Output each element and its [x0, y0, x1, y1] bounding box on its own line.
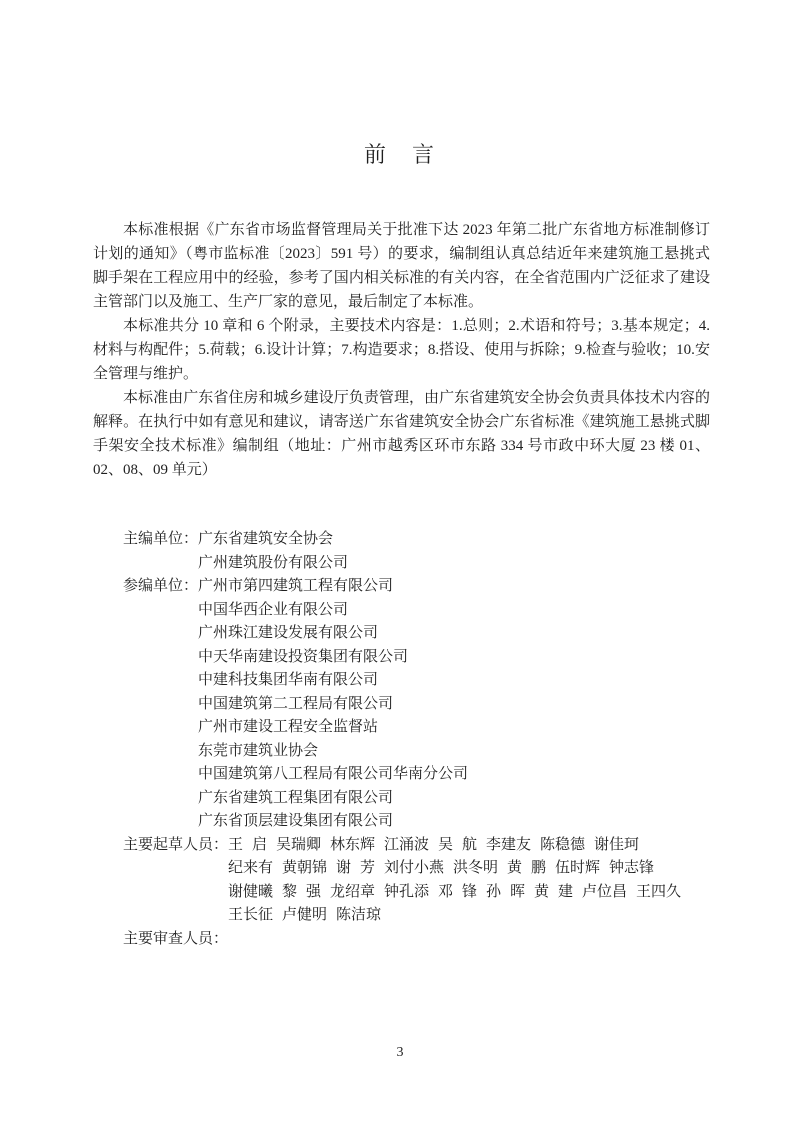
- drafter-name-line: 王 启 吴瑞卿 林东辉 江涌波 吴 航 李建友 陈稳德 谢佳珂: [228, 834, 710, 858]
- drafter-names: 王 启 吴瑞卿 林东辉 江涌波 吴 航 李建友 陈稳德 谢佳珂 纪来有 黄朝锦 …: [228, 834, 710, 928]
- drafter-name-line: 纪来有 黄朝锦 谢 芳 刘付小燕 洪冬明 黄 鹏 伍时辉 钟志锋: [228, 857, 710, 881]
- credit-label: 主编单位：: [123, 528, 198, 552]
- credit-value: 中国建筑第二工程局有限公司: [198, 693, 710, 717]
- paragraph-standard-basis: 本标准根据《广东省市场监督管理局关于批准下达 2023 年第二批广东省地方标准制…: [93, 218, 710, 314]
- paragraph-management-contact: 本标准由广东省住房和城乡建设厅负责管理，由广东省建筑安全协会负责具体技术内容的解…: [93, 386, 710, 482]
- credit-value: 中国华西企业有限公司: [198, 599, 710, 623]
- credit-value: 广州市建设工程安全监督站: [198, 716, 710, 740]
- credit-label: 主要审查人员：: [123, 928, 228, 952]
- credits-block: 主编单位： 广东省建筑安全协会 广州建筑股份有限公司 参编单位： 广州市第四建筑…: [123, 528, 710, 951]
- credit-label: 主要起草人员：: [123, 834, 228, 858]
- credit-row-drafters: 主要起草人员： 王 启 吴瑞卿 林东辉 江涌波 吴 航 李建友 陈稳德 谢佳珂 …: [123, 834, 710, 928]
- credit-value: 广州建筑股份有限公司: [198, 552, 710, 576]
- credit-row: 中国华西企业有限公司: [123, 599, 710, 623]
- credit-row: 中天华南建设投资集团有限公司: [123, 646, 710, 670]
- page-title: 前 言: [0, 0, 800, 170]
- credit-value: 广东省建筑工程集团有限公司: [198, 787, 710, 811]
- credit-row: 广州珠江建设发展有限公司: [123, 622, 710, 646]
- credit-row: 中国建筑第八工程局有限公司华南分公司: [123, 763, 710, 787]
- credit-row: 广东省顶层建设集团有限公司: [123, 810, 710, 834]
- credit-row: 广州建筑股份有限公司: [123, 552, 710, 576]
- credit-value: 广州市第四建筑工程有限公司: [198, 575, 710, 599]
- paragraph-contents-overview: 本标准共分 10 章和 6 个附录，主要技术内容是：1.总则；2.术语和符号；3…: [93, 314, 710, 386]
- credit-row-reviewers: 主要审查人员：: [123, 928, 710, 952]
- credit-label: 参编单位：: [123, 575, 198, 599]
- page-number: 3: [0, 1044, 800, 1062]
- credit-value: 中建科技集团华南有限公司: [198, 669, 710, 693]
- credit-value: 广东省建筑安全协会: [198, 528, 710, 552]
- drafter-name-line: 王长征 卢健明 陈洁琼: [228, 904, 710, 928]
- credit-row-chief-editor: 主编单位： 广东省建筑安全协会: [123, 528, 710, 552]
- credit-value: 中国建筑第八工程局有限公司华南分公司: [198, 763, 710, 787]
- credit-row: 广州市建设工程安全监督站: [123, 716, 710, 740]
- credit-value: 广东省顶层建设集团有限公司: [198, 810, 710, 834]
- credit-value: 东莞市建筑业协会: [198, 740, 710, 764]
- body-text: 本标准根据《广东省市场监督管理局关于批准下达 2023 年第二批广东省地方标准制…: [93, 218, 710, 482]
- credit-row: 东莞市建筑业协会: [123, 740, 710, 764]
- credit-value: 中天华南建设投资集团有限公司: [198, 646, 710, 670]
- credit-row: 中国建筑第二工程局有限公司: [123, 693, 710, 717]
- credit-row: 中建科技集团华南有限公司: [123, 669, 710, 693]
- credit-row-co-editors: 参编单位： 广州市第四建筑工程有限公司: [123, 575, 710, 599]
- drafter-name-line: 谢健曦 黎 强 龙绍章 钟孔添 邓 锋 孙 晖 黄 建 卢位昌 王四久: [228, 881, 710, 905]
- credit-value: 广州珠江建设发展有限公司: [198, 622, 710, 646]
- credit-row: 广东省建筑工程集团有限公司: [123, 787, 710, 811]
- document-page: 前 言 本标准根据《广东省市场监督管理局关于批准下达 2023 年第二批广东省地…: [0, 0, 800, 1132]
